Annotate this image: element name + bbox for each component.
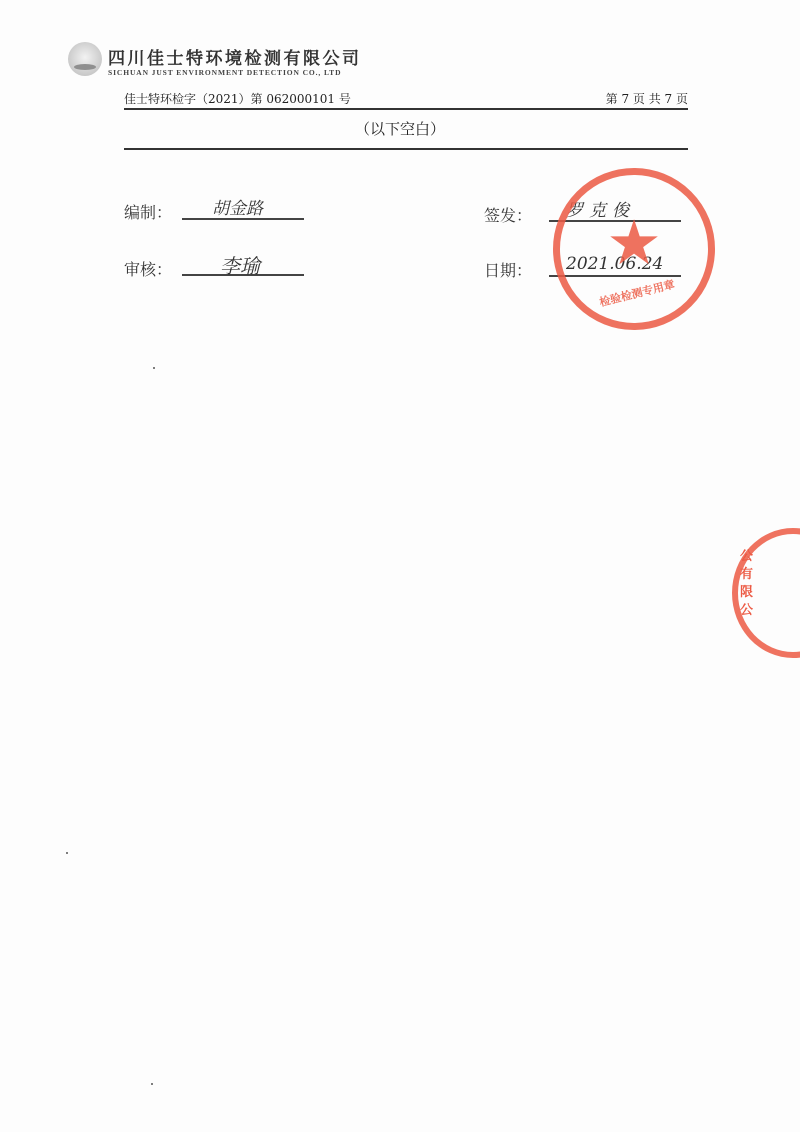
blank-note: （以下空白） [0, 118, 800, 139]
prepared-by-label: 编制： [124, 200, 172, 223]
page-indicator: 第 7 页 共 7 页 [606, 90, 688, 107]
reviewed-by-label: 审核： [124, 257, 172, 280]
approved-by-label: 签发： [484, 203, 532, 226]
prepared-by-signature: 胡金路 [212, 194, 263, 219]
report-number: 佳士特环检字（2021）第 062000101 号 [124, 90, 351, 107]
content-divider [124, 148, 688, 150]
partial-seal-text: 公有限公 [740, 548, 756, 620]
reviewed-by-signature: 李瑜 [220, 250, 260, 279]
date-label: 日期： [484, 258, 532, 281]
company-seal: ★ 检验检测专用章 [553, 168, 715, 330]
company-name-cn: 四川佳士特环境检测有限公司 [108, 44, 362, 69]
scan-speck [153, 367, 155, 369]
company-logo-icon [68, 42, 102, 76]
company-name-en: SICHUAN JUST ENVIRONMENT DETECTION CO., … [108, 68, 341, 77]
header-divider [124, 108, 688, 110]
scan-speck [66, 852, 68, 854]
star-icon: ★ [606, 212, 662, 274]
scan-speck [151, 1083, 153, 1085]
